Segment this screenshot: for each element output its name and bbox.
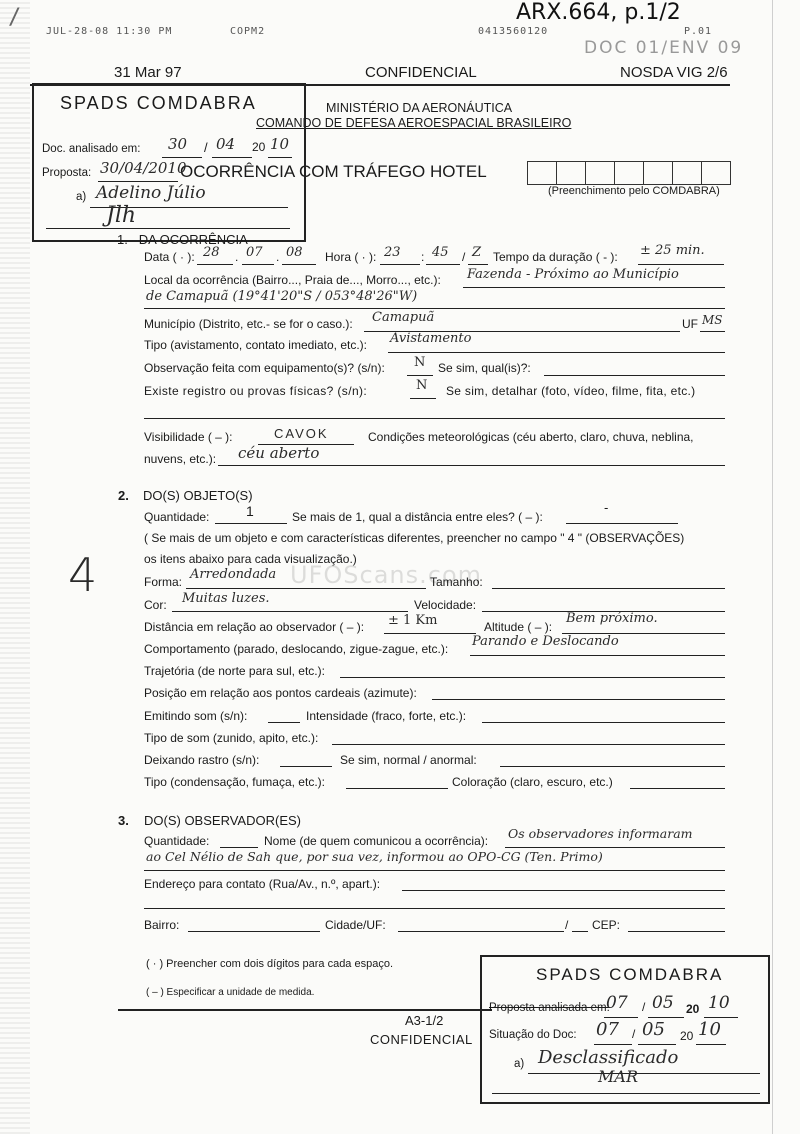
- stamp-spads-bottom: SPADS COMDABRA Proposta analisada em: 07…: [480, 955, 770, 1104]
- sound-type-field: [332, 744, 725, 745]
- behavior-label: Comportamento (parado, deslocando, zigue…: [144, 642, 448, 656]
- colon: :: [421, 250, 424, 264]
- stamp-bottom-status-year: 10: [698, 1019, 721, 1040]
- underline: [172, 611, 408, 612]
- underline: [426, 264, 460, 265]
- underline: [242, 264, 274, 265]
- sound-field: [268, 722, 300, 723]
- coloration-label: Coloração (claro, escuro, etc.): [452, 775, 613, 789]
- speed-label: Velocidade:: [414, 598, 476, 612]
- underline: [186, 588, 426, 589]
- slash: /: [632, 1027, 635, 1041]
- underline: [218, 465, 725, 466]
- scan-right-edge: [772, 0, 773, 1134]
- location-label: Local da ocorrência (Bairro..., Praia de…: [144, 273, 441, 287]
- slash: /: [204, 140, 208, 155]
- visibility-label: Visibilidade ( – ):: [144, 430, 233, 444]
- code-box: [644, 162, 673, 184]
- stamp-top-proposal-date: 30/04/2010: [100, 159, 187, 177]
- duration-value: ± 25 min.: [640, 243, 705, 258]
- trail-normal-label: Se sim, normal / anormal:: [340, 753, 477, 767]
- stamp-bottom-initials: MAR: [598, 1067, 638, 1086]
- underline: [384, 633, 476, 634]
- stamp-top-analyzed-day: 30: [168, 135, 187, 153]
- duration-label: Tempo da duração ( - ):: [493, 250, 618, 264]
- section2-title: DO(S) OBJETO(S): [143, 488, 253, 503]
- code-box: [557, 162, 586, 184]
- fax-datetime: JUL-28-08 11:30 PM: [46, 26, 172, 37]
- section1-number: 1.: [117, 232, 128, 247]
- stamp-top-proposal-label: Proposta:: [42, 167, 91, 179]
- underline: [470, 655, 725, 656]
- stamp-bottom-status-day: 07: [596, 1019, 619, 1040]
- fax-sender: COPM2: [230, 26, 265, 37]
- observer-quantity-label: Quantidade:: [144, 834, 209, 848]
- position-field: [432, 699, 725, 700]
- distance-value: ± 1 Km: [388, 613, 437, 628]
- underline: [98, 181, 178, 182]
- underline: [528, 1073, 760, 1074]
- shape-value: Arredondada: [190, 567, 276, 582]
- observer-quantity-field: [220, 847, 258, 848]
- stamp-bottom-analyzed-year: 10: [708, 993, 730, 1013]
- color-value: Muitas luzes.: [182, 591, 270, 606]
- cep-field: [628, 931, 725, 932]
- location-value-2: de Camapuã (19°41'20"S / 053°48'26"W): [146, 289, 417, 304]
- underline: [648, 1017, 684, 1018]
- address-field-2: [144, 908, 725, 909]
- year-prefix: 20: [252, 140, 265, 154]
- stamp-bottom-analyzed-month: 05: [652, 993, 674, 1013]
- evidence-label: Existe registro ou provas físicas? (s/n)…: [144, 384, 367, 398]
- city-label: Cidade/UF:: [325, 918, 386, 932]
- code-box: [615, 162, 644, 184]
- weather-label-1: Condições meteorológicas (céu aberto, cl…: [368, 430, 694, 444]
- trail-normal-field: [500, 766, 725, 767]
- uf-field: [572, 931, 588, 932]
- distance-label: Distância em relação ao observador ( – )…: [144, 620, 364, 634]
- size-label: Tamanho:: [430, 575, 483, 589]
- shape-label: Forma:: [144, 575, 182, 589]
- sound-type-label: Tipo de som (zunido, apito, etc.):: [144, 731, 318, 745]
- underline: [144, 870, 725, 871]
- code-box: [528, 162, 557, 184]
- date-month-value: 07: [246, 245, 263, 260]
- color-label: Cor:: [144, 598, 167, 612]
- stamp-top-signature: Adelino Júlio: [96, 183, 206, 203]
- altitude-label: Altitude ( – ):: [484, 620, 552, 634]
- stamp-top-analyzed-year: 10: [270, 135, 289, 153]
- underline: [566, 523, 678, 524]
- time-zone-value: Z: [472, 245, 481, 260]
- district-field: [188, 931, 320, 932]
- proposal-year: 2010: [148, 159, 186, 177]
- date-year-value: 08: [286, 245, 303, 260]
- underline: [410, 398, 436, 399]
- underline: [594, 1044, 632, 1045]
- stamp-top-sig-label: a): [76, 191, 86, 203]
- stamp-top-title: SPADS COMDABRA: [60, 93, 257, 114]
- boxes-note: (Preenchimento pelo COMDABRA): [548, 185, 720, 197]
- margin-mark-4: 4: [68, 548, 97, 602]
- type-value: Avistamento: [390, 331, 471, 346]
- underline: [197, 264, 233, 265]
- dot: .: [276, 250, 279, 264]
- date-label: Data ( · ):: [144, 250, 195, 264]
- archive-ref: ARX.664, p.1/2: [516, 0, 681, 25]
- proposal-day: 30: [100, 159, 119, 177]
- slash: /: [642, 1000, 645, 1014]
- trail-type-field: [346, 788, 448, 789]
- underline: [704, 1017, 738, 1018]
- underline: [282, 264, 316, 265]
- municipality-label: Município (Distrito, etc.- se for o caso…: [144, 317, 353, 331]
- underline: [380, 264, 420, 265]
- underline: [407, 375, 433, 376]
- underline: [215, 523, 287, 524]
- footnote-dash: ( – ) Especificar a unidade de medida.: [146, 987, 314, 998]
- proposal-month: 04: [124, 159, 143, 177]
- object-quantity-value: 1: [246, 503, 254, 519]
- type-label: Tipo (avistamento, contato imediato, etc…: [144, 338, 367, 352]
- code-box: [702, 162, 730, 184]
- code-box: [586, 162, 615, 184]
- evidence-detail-label: Se sim, detalhar (foto, vídeo, filme, fi…: [446, 384, 695, 398]
- underline: [604, 1017, 638, 1018]
- underline: [212, 157, 252, 158]
- underline: [638, 264, 724, 265]
- trajectory-label: Trajetória (de norte para sul, etc.):: [144, 664, 325, 678]
- form-date: 31 Mar 97: [114, 64, 182, 81]
- uf-label: UF: [682, 317, 698, 331]
- slash: /: [565, 918, 568, 932]
- underline: [492, 1093, 760, 1094]
- stamp-top-analyzed-month: 04: [216, 135, 235, 153]
- classification-bottom: CONFIDENCIAL: [370, 1032, 473, 1047]
- intensity-label: Intensidade (fraco, forte, etc.):: [306, 709, 466, 723]
- evidence-value: N: [416, 378, 427, 393]
- fax-slash-mark: /: [8, 5, 22, 30]
- underline: [468, 264, 488, 265]
- observer-name-value-2: ao Cel Nélio de Sah que, por sua vez, in…: [146, 849, 603, 864]
- comdabra-code-boxes: [527, 161, 731, 185]
- page-code: A3-1/2: [405, 1013, 443, 1028]
- distance-between-value: -: [604, 500, 608, 515]
- dot: .: [235, 250, 238, 264]
- district-label: Bairro:: [144, 918, 179, 932]
- stamp-bottom-analyzed-day: 07: [606, 993, 628, 1013]
- time-label: Hora ( · ):: [325, 250, 376, 264]
- date-day-value: 28: [203, 245, 220, 260]
- position-label: Posição em relação aos pontos cardeais (…: [144, 686, 417, 700]
- altitude-value: Bem próximo.: [566, 611, 658, 626]
- size-field: [492, 588, 725, 589]
- underline: [463, 287, 725, 288]
- scan-edge-noise: [0, 0, 30, 1134]
- coloration-field: [630, 788, 725, 789]
- observer-name-label: Nome (de quem comunicou a ocorrência):: [264, 834, 488, 848]
- stamp-bottom-status-month: 05: [642, 1019, 665, 1040]
- stamp-bottom-title: SPADS COMDABRA: [536, 965, 723, 985]
- code-box: [673, 162, 702, 184]
- ministry-name: MINISTÉRIO DA AERONÁUTICA: [326, 101, 512, 115]
- time-min-value: 45: [432, 245, 449, 260]
- address-field: [402, 890, 725, 891]
- underline: [696, 1044, 726, 1045]
- intensity-field: [482, 722, 725, 723]
- underline: [144, 308, 725, 309]
- visibility-value: CAVOK: [274, 426, 329, 441]
- underline: [162, 157, 202, 158]
- equipment-value: N: [414, 355, 425, 370]
- stamp-bottom-status-year-prefix: 20: [680, 1029, 693, 1043]
- cep-label: CEP:: [592, 918, 620, 932]
- evidence-detail-field: [144, 418, 725, 419]
- object-note-1: ( Se mais de um objeto e com característ…: [144, 531, 684, 545]
- stamp-bottom-analyzed-label: Proposta analisada em:: [489, 1002, 610, 1014]
- underline: [388, 352, 725, 353]
- location-value-1: Fazenda - Próximo ao Município: [467, 267, 679, 282]
- section3-title: DO(S) OBSERVADOR(ES): [144, 813, 301, 828]
- address-label: Endereço para contato (Rua/Av., n.º, apa…: [144, 877, 380, 891]
- fax-phone: 0413560120: [478, 26, 548, 37]
- doc-env-ref: DOC 01/ENV 09: [584, 38, 743, 58]
- observer-name-value-1: Os observadores informaram: [508, 826, 693, 841]
- stamp-bottom-status-label: Situação do Doc:: [489, 1029, 577, 1041]
- footer-rule: [118, 1009, 492, 1011]
- underline: [46, 228, 290, 229]
- fax-page: P.01: [684, 26, 712, 37]
- trail-field: [280, 766, 332, 767]
- sound-label: Emitindo som (s/n):: [144, 709, 247, 723]
- stamp-bottom-signature: Desclassificado: [538, 1047, 678, 1068]
- time-hour-value: 23: [384, 245, 401, 260]
- stamp-top-initials: Jlh: [106, 203, 136, 228]
- section1-heading: 1. DA OCORRÊNCIA: [117, 232, 248, 247]
- trajectory-field: [340, 677, 725, 678]
- stamp-top-analyzed-label: Doc. analisado em:: [42, 143, 140, 155]
- distance-between-label: Se mais de 1, qual a distância entre ele…: [292, 510, 543, 524]
- object-quantity-label: Quantidade:: [144, 510, 209, 524]
- trail-type-label: Tipo (condensação, fumaça, etc.):: [144, 775, 325, 789]
- footnote-dot: ( · ) Preencher com dois dígitos para ca…: [146, 958, 393, 970]
- stamp-bottom-year-prefix: 20: [686, 1002, 699, 1016]
- uf-value: MS: [702, 313, 723, 327]
- underline: [505, 847, 725, 848]
- classification-top: CONFIDENCIAL: [365, 64, 477, 81]
- weather-label-2: nuvens, etc.):: [144, 452, 216, 466]
- slash: /: [462, 250, 465, 264]
- section3-number: 3.: [118, 813, 129, 828]
- equipment-label: Observação feita com equipamento(s)? (s/…: [144, 361, 385, 375]
- city-field: [398, 931, 564, 932]
- underline: [268, 157, 292, 158]
- section2-number: 2.: [118, 488, 129, 503]
- stamp-bottom-sig-label: a): [514, 1058, 524, 1070]
- stamp-top-year-prefix: 20: [252, 140, 265, 154]
- form-code: NOSDA VIG 2/6: [620, 64, 728, 81]
- equipment-which-field: [544, 375, 725, 376]
- underline: [638, 1044, 676, 1045]
- equipment-which-label: Se sim, qual(is)?:: [438, 361, 531, 375]
- weather-value: céu aberto: [238, 444, 319, 462]
- underline: [700, 331, 725, 332]
- behavior-value: Parando e Deslocando: [472, 634, 619, 649]
- trail-label: Deixando rastro (s/n):: [144, 753, 259, 767]
- stamp-spads-top: SPADS COMDABRA Doc. analisado em: 30 / 0…: [32, 83, 306, 242]
- section1-title: DA OCORRÊNCIA: [139, 232, 248, 247]
- municipality-value: Camapuã: [372, 310, 434, 325]
